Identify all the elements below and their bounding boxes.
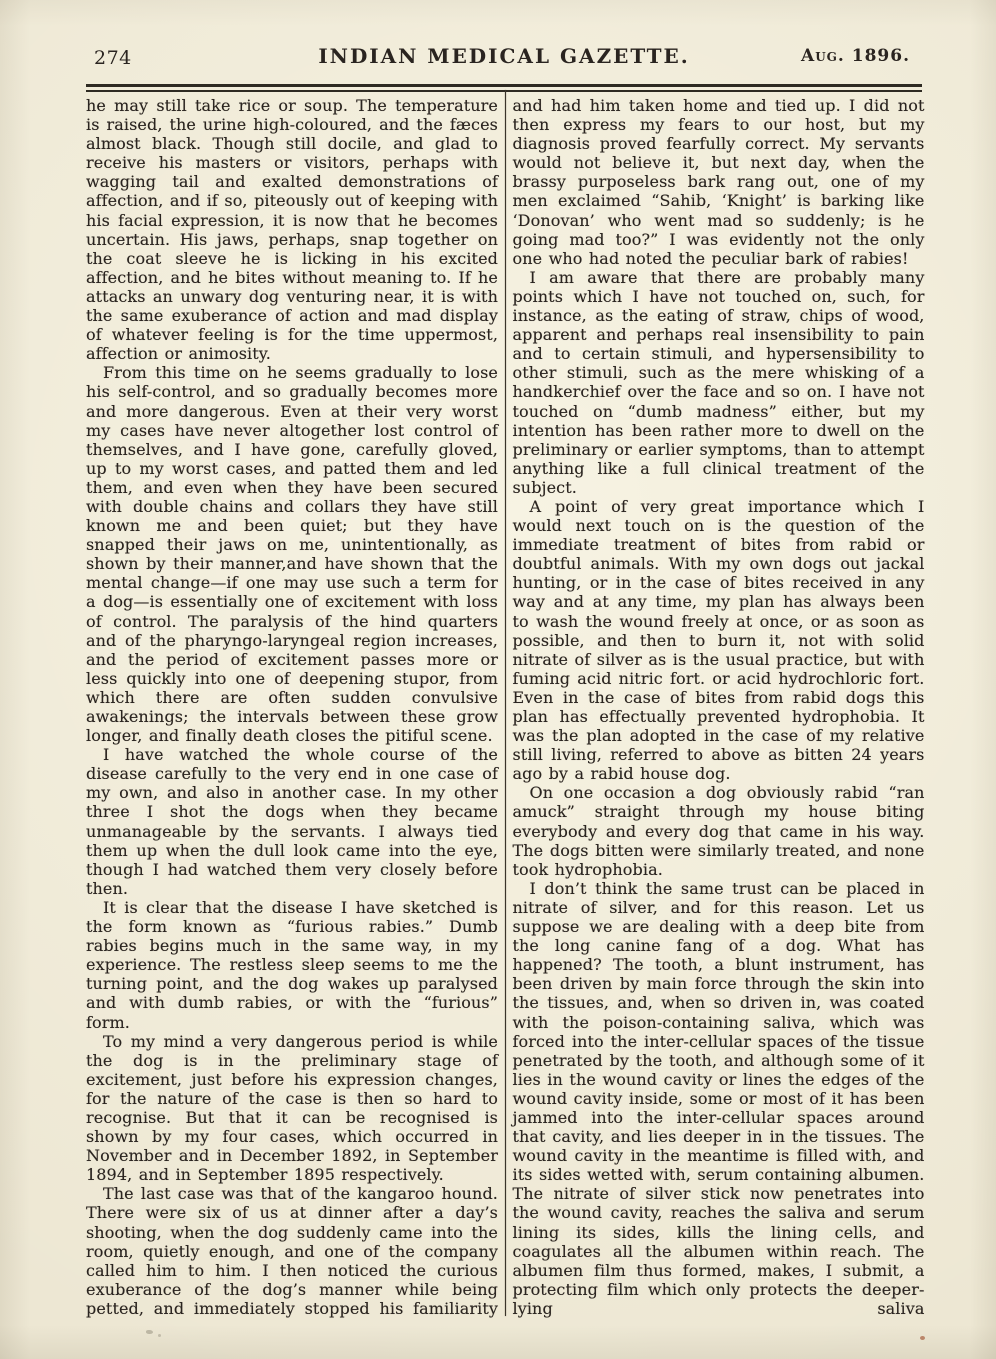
page-body: he may still take rice or soup. The temp… (86, 90, 925, 1330)
paragraph: I am aware that there are probably many … (512, 268, 924, 497)
paragraph: The last case was that of the kangaroo h… (86, 1184, 498, 1318)
page-header: 274 INDIAN MEDICAL GAZETTE. Aug. 1896. (86, 44, 922, 78)
left-column: he may still take rice or soup. The temp… (86, 90, 498, 1330)
paragraph: To my mind a very dangerous period is wh… (86, 1032, 498, 1185)
journal-title: INDIAN MEDICAL GAZETTE. (318, 44, 689, 68)
paragraph: From this time on he seems gradually to … (86, 363, 498, 745)
page-number: 274 (94, 47, 132, 69)
print-artifact (158, 1334, 161, 1337)
issue-date: Aug. 1896. (801, 46, 910, 66)
scan-speck (920, 1336, 925, 1340)
paragraph: A point of very great importance which I… (512, 497, 924, 783)
paragraph: I don’t think the same trust can be plac… (512, 879, 924, 1318)
paragraph: On one occasion a dog obviously rabid “r… (512, 783, 924, 878)
right-column: and had him taken home and tied up. I di… (512, 90, 924, 1330)
journal-page: 274 INDIAN MEDICAL GAZETTE. Aug. 1896. h… (0, 0, 996, 1359)
paragraph: he may still take rice or soup. The temp… (86, 96, 498, 363)
paragraph: and had him taken home and tied up. I di… (512, 96, 924, 268)
print-artifact (146, 1330, 153, 1334)
paragraph: I have watched the whole course of the d… (86, 745, 498, 898)
paragraph: It is clear that the disease I have sket… (86, 898, 498, 1032)
column-divider (505, 90, 507, 1316)
